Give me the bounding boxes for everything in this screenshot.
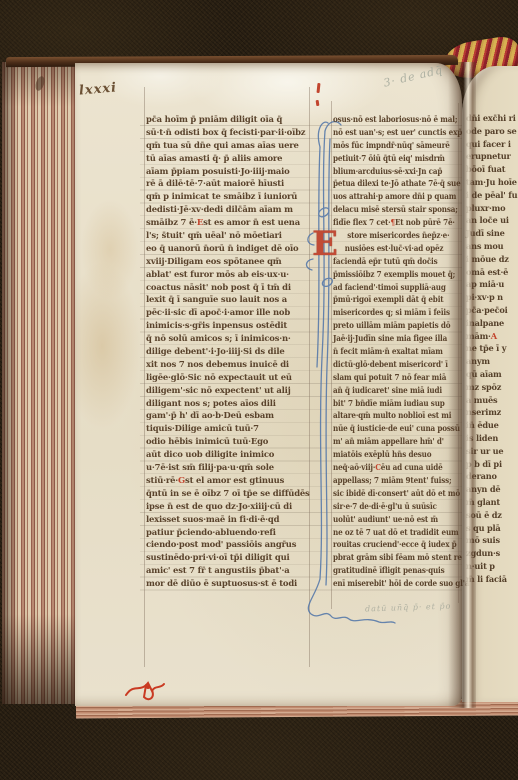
facing-page-sliver: dn̄i exc̄hi riode paro sequi facer ierup…	[462, 66, 518, 702]
text-line: m̄ glant	[466, 496, 518, 509]
text-line: stiū·rē·Gst el amor est gtinuus	[146, 475, 308, 488]
text-line: ap miā·u	[466, 278, 518, 291]
text-line: diligem'·sic nō expectent' ut alij	[146, 385, 308, 398]
text-line: misericordes q; si miām ī feīis	[333, 307, 441, 320]
text-line: ans mou	[466, 240, 518, 253]
text-line: gam'·p̄ h' dī ao·b·Deū esbam	[146, 410, 308, 423]
text-line: preto uillām miām papietis dō	[333, 320, 441, 333]
text-line: erupnetur	[466, 150, 518, 163]
text-line: dilige debent'·i·Jo·iiij·Si ds dile	[146, 346, 308, 359]
text-line: appellass; 7 miām 9tent' fuiss;	[333, 475, 441, 488]
faded-inscription-bottom: datū un̄q̄ p̄· et p̄o	[365, 601, 452, 613]
text-line: sic ibidē dī·consert' aūt dō et mō	[333, 488, 441, 501]
text-line: slam qui potuit 7 nō fear miā	[333, 372, 441, 385]
text-line: lexisset suos·maē in fi·di·ē·qd	[146, 514, 308, 527]
text-line: p̄missiōibz 7 exemplis mouet q̄;	[333, 269, 441, 282]
text-line: mz spōz	[466, 381, 518, 394]
text-line: mō suis	[466, 534, 518, 547]
text-line: m̄ li faciā	[466, 573, 518, 586]
text-line: pi·xv·p n	[466, 291, 518, 304]
text-line: mōs fūc impndr̄·nūq' sāmeurē	[333, 140, 441, 153]
text-line: tū aīas amasti q̄· p̄ aliis amore	[146, 153, 308, 166]
text-line: tam·Ju hoīe	[466, 176, 518, 189]
text-line: qm̄ p inimicat te smāibz ī iuniorū	[146, 191, 308, 204]
text-line: inalpane	[466, 317, 518, 330]
text-line: ne tp̄e ī y	[466, 342, 518, 355]
text-line: faciendā ep̄r tutū qm̄ doc̄is	[333, 256, 441, 269]
text-line: inimicis·s·gr̄is inpensus ostēdit	[146, 320, 308, 333]
text-line: blium·arcduius·sē·xxi·Jn cap̄	[333, 166, 441, 179]
text-line: osus·nō est laboriosus·nō ē mal;	[333, 114, 441, 127]
text-line: p̄etua dilexi te·Jō athate 7ē·q̄ sue	[333, 178, 441, 191]
text-line: neq̄·aō·viij·Cēu ad cuna uidē	[333, 462, 441, 475]
text-line: is liden	[466, 432, 518, 445]
red-margin-squiggle-icon	[122, 675, 170, 705]
text-line: l's; s̄tuit' qm̄ uēal' nō mōetiari	[146, 230, 308, 243]
text-line: anym	[466, 355, 518, 368]
text-line: q̄ntū in se ē oībz 7 oī tp̄e se diffūdēs	[146, 488, 308, 501]
text-line: odio hēbis inimicū tuū·Ego	[146, 436, 308, 449]
text-line: pc̄a·pec̄oi	[466, 304, 518, 317]
text-line: sir·e·7 de·di·ē·gl'u ū suūsīc	[333, 501, 441, 514]
text-line: aīam p̄piam posuisti·Jo·iiij·maio	[146, 166, 308, 179]
text-column-right: osus·nō est laboriosus·nō ē mal;nō est u…	[333, 114, 461, 591]
text-line: anyn dē	[466, 483, 518, 496]
text-line: rouitas cruciend'·ecce q̄ iudex p̄	[333, 539, 441, 552]
text-line: ad faciend'·timoī suppliā·aug	[333, 282, 441, 295]
text-line: nō est uan'·s; est uer' cunctis exp̄	[333, 127, 441, 140]
text-line: p̄mū·rigoī exempli dāt q̄ ebit	[333, 294, 441, 307]
text-line: sū·t·n̄ odisti box q̄ fecisti·par·ii·oīb…	[146, 127, 308, 140]
text-line: ne oz tē 7 uat dō et tradidit eum	[333, 527, 441, 540]
text-line: n̄ fecit miām·n̄ exaltat mīam	[333, 346, 441, 359]
text-line: zgdun·s	[466, 547, 518, 560]
text-line: ablat' est furor mōs ab eis·ux·u·	[146, 269, 308, 282]
text-line: n·uit p	[466, 560, 518, 573]
text-line: pc̄a hoīm p̄ pniām diligit oīa q̄	[146, 114, 308, 127]
text-line: pēc·ii·sic dī apoc̄·i·amor ille nob	[146, 307, 308, 320]
text-line: uos attrahi·p amore dn̄i p quam	[333, 191, 441, 204]
text-line: bōoī fuat	[466, 163, 518, 176]
text-line: nserimz	[466, 406, 518, 419]
text-line: in̄ ēdue	[466, 419, 518, 432]
text-line: Judī sine	[466, 227, 518, 240]
text-line: enī miserebit' hōi de corde suo gl'a	[333, 578, 441, 591]
text-line: coactus nāsit' nob post q̄ ī tm̄ di	[146, 282, 308, 295]
text-line: fidīe flex 7 cet·¶Et nob pūrē 7ē·	[333, 217, 441, 230]
faded-inscription-top: 3· de adq̄	[382, 64, 444, 89]
text-line: soū ē dz	[466, 509, 518, 522]
text-line: uolūt' audiunt' ue·nō est m̄	[333, 514, 441, 527]
text-line: dictū·glō·debent misericord' ī	[333, 359, 441, 372]
text-line: patiur p̄ciendo·abluendo·refi	[146, 527, 308, 540]
text-line: eo q̄ uanorū n̄orū n̄ indiget dē oīo	[146, 243, 308, 256]
text-line: p b dī pi	[466, 458, 518, 471]
text-line: i mōue dz	[466, 253, 518, 266]
ruling-vertical-line	[144, 87, 145, 667]
text-line: bit' 7 bn̄dīe miām iudiau sup	[333, 398, 441, 411]
text-line: derano	[466, 470, 518, 483]
text-line: gratitudinē īfligit penas·quis	[333, 565, 441, 578]
text-line: u·7ē·ist sm̄ filij·pa·u·qm̄ sole	[146, 462, 308, 475]
manuscript-photo: dn̄i exc̄hi riode paro sequi facer ierup…	[0, 0, 518, 780]
text-line: tiquis·Dilige amicū tuū·7	[146, 423, 308, 436]
text-line: an loc̄e ui	[466, 214, 518, 227]
text-line: mor dē diūo ē suptuosus·st ē todi	[146, 578, 308, 591]
page-stack-fore-edge	[2, 62, 80, 704]
text-line: miatōis exēplū hn̄s desuo	[333, 449, 441, 462]
text-line: dedisti·Jē·xv·dedi dilc̄ām aīam m	[146, 204, 308, 217]
text-line: altare·qm̄ multo noblioī est mi	[333, 410, 441, 423]
text-line: q̄ nō solū amicos s; ī inimicos·n·	[146, 333, 308, 346]
text-line: omā est·ē	[466, 266, 518, 279]
text-line: xit nos 7 nos debemus inuicē di	[146, 359, 308, 372]
text-line: diligant nos s; potes aīos dili	[146, 398, 308, 411]
facing-page-text-column: dn̄i exc̄hi riode paro sequi facer ierup…	[466, 112, 518, 585]
text-line: sustinēdo·pri·vi·oī tp̄i diligit qui	[146, 552, 308, 565]
text-column-left: pc̄a hoīm p̄ pniām diligit oīa q̄sū·t·n̄…	[146, 114, 311, 591]
text-line: Jaē·ij·Judīn sine mia figee illa	[333, 333, 441, 346]
text-line: dn̄i exc̄hi ri	[466, 112, 518, 125]
text-line: a muēs	[466, 394, 518, 407]
red-rubric-mark	[316, 83, 320, 93]
text-line: ipse n̄ est de quo dz·Jo·xiiij·cū di	[146, 501, 308, 514]
text-line: s qu plā	[466, 522, 518, 535]
text-line: i de pēal' fu	[466, 189, 518, 202]
text-line: ciendo·post mod' passiōis angr̄us	[146, 539, 308, 552]
text-line: ligēe·glō·Sic nō expectauit ut eū	[146, 372, 308, 385]
text-line: lexit q̄ ī sanguīe suo lauit nos a	[146, 294, 308, 307]
text-line: mām·A	[466, 330, 518, 343]
red-rubric-mark	[316, 100, 320, 106]
text-line: petiuit·7 ōiū q̄tū eiq' misdrm̄	[333, 153, 441, 166]
text-line: smāibz 7 ē·Est es amor n̄ est uena	[146, 217, 308, 230]
text-line: qm̄ tua sū dn̄e qui amas aīas uere	[146, 140, 308, 153]
text-line: nusiōes est·luc̄·vi·ad opēz	[333, 243, 441, 256]
text-line: delacu misē stersū stair sponsa;	[333, 204, 441, 217]
text-line: rē ā dilē·tē·7·aūt maiorē hīusti	[146, 178, 308, 191]
text-line: sir ur ue	[466, 445, 518, 458]
text-line: pbrat grām sibi fēam mō stent re	[333, 552, 441, 565]
text-line: qū aīam	[466, 368, 518, 381]
text-line: store misericordes n̄ep̄z·e·	[333, 230, 441, 243]
text-line: pluxr·mo	[466, 202, 518, 215]
text-line: ode paro se	[466, 125, 518, 138]
text-line: xviij·Diligam eos spōtanee qm̄	[146, 256, 308, 269]
folio-number: lxxxi	[78, 81, 117, 98]
manuscript-page: lxxxi 3· de adq̄ E pc̄a hoīm p̄ pniām di…	[75, 63, 462, 706]
text-line: amic' est 7 fr̄ t angustiis p̄bat'·a	[146, 565, 308, 578]
text-line: nūe q̄ iusticie·de eui' cuna possū	[333, 423, 441, 436]
text-line: m' an̄ miām appellare hm̄' d'	[333, 436, 441, 449]
text-line: aūt dico uob diligite inimico	[146, 449, 308, 462]
text-line: an̄ q̄ iudicaret' sine miā iudi	[333, 385, 441, 398]
text-line: qui facer i	[466, 138, 518, 151]
